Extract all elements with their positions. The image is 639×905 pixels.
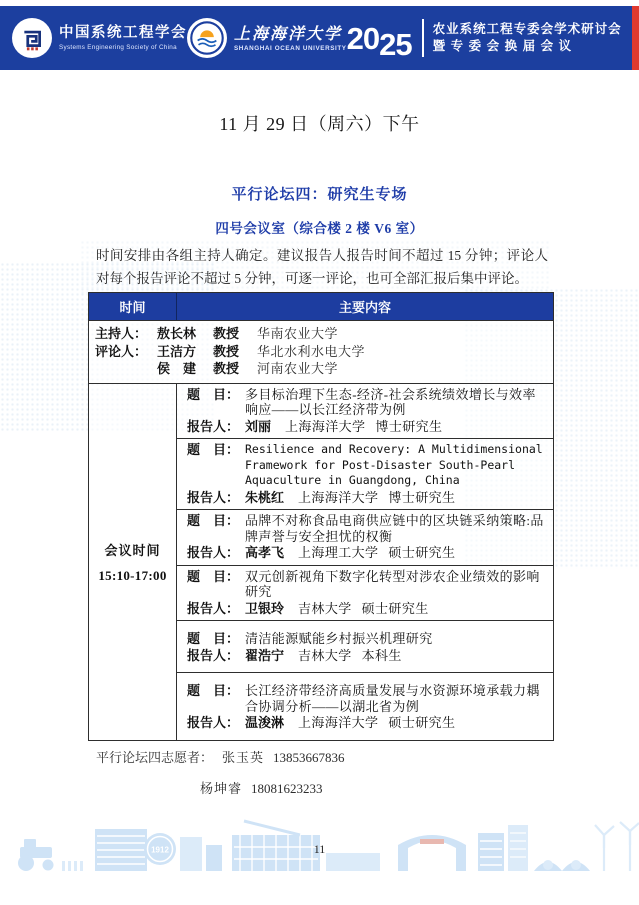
- moderator-affiliation: 华北水利水电大学: [257, 343, 365, 361]
- presenter-name: 高孝飞: [245, 545, 284, 561]
- moderator-affiliation: 河南农业大学: [257, 360, 338, 378]
- presenter-affiliation: 上海理工大学: [298, 545, 378, 561]
- moderator-line: 评论人： 王洁方 教授 华北水利水电大学: [95, 343, 547, 361]
- presenter-row: 报告人： 卫银玲 吉林大学 硕士研究生: [187, 601, 547, 617]
- entry-block: 题 目： 双元创新视角下数字化转型对涉农企业绩效的影响研究 报告人： 卫银玲 吉…: [177, 566, 553, 622]
- org-shou-text: 上海海洋大学 SHANGHAI OCEAN UNIVERSITY: [234, 24, 347, 52]
- topic-text: 长江经济带经济高质量发展与水资源环境承载力耦合协调分析——以湖北省为例: [245, 683, 547, 714]
- header-banner: 中国系统工程学会 Systems Engineering Society of …: [0, 6, 639, 70]
- conference-program-page: 中国系统工程学会 Systems Engineering Society of …: [0, 0, 639, 905]
- moderator-title: 教授: [213, 343, 257, 361]
- presenter-affiliation: 上海海洋大学: [298, 490, 378, 506]
- year-first: 20: [347, 21, 379, 56]
- session-time-label: 会议时间: [104, 540, 160, 559]
- presenter-degree: 硕士研究生: [362, 601, 429, 617]
- room-title: 四号会议室（综合楼 2 楼 V6 室）: [0, 217, 639, 237]
- table-header-row: 时间 主要内容: [89, 293, 553, 321]
- org-sesc-name-zh: 中国系统工程学会: [59, 25, 187, 42]
- moderator-affiliation: 华南农业大学: [257, 325, 338, 343]
- entry-block: 题 目： 多目标治理下生态-经济-社会系统绩效增长与效率响应——以长江经济带为例…: [177, 384, 553, 440]
- presenter-label: 报告人：: [187, 545, 245, 561]
- volunteers-label: 平行论坛四志愿者：: [96, 750, 213, 766]
- presenter-label: 报告人：: [187, 715, 245, 731]
- year-second: 25: [379, 29, 411, 60]
- presenter-degree: 硕士研究生: [388, 545, 455, 561]
- volunteer-phone: 13853667836: [273, 750, 345, 766]
- presenter-row: 报告人： 翟浩宁 吉林大学 本科生: [187, 648, 547, 664]
- fence-icon: [62, 861, 83, 871]
- moderators-row: 主持人： 敖长林 教授 华南农业大学 评论人： 王洁方 教授 华北水利水电大学 …: [89, 321, 553, 384]
- topic-label: 题 目：: [187, 683, 245, 714]
- event-title-group: 2025 农业系统工程专委会学术研讨会 暨专委会换届会议: [347, 19, 622, 57]
- presenter-degree: 博士研究生: [375, 419, 442, 435]
- presenter-affiliation: 上海海洋大学: [298, 715, 378, 731]
- sesc-logo-icon: [12, 18, 52, 58]
- presenter-name: 刘丽: [245, 419, 271, 435]
- topic-text: 双元创新视角下数字化转型对涉农企业绩效的影响研究: [245, 569, 547, 600]
- presenter-degree: 本科生: [362, 648, 402, 664]
- org-sesc-text: 中国系统工程学会 Systems Engineering Society of …: [59, 25, 187, 51]
- presenter-name: 温浚淋: [245, 715, 284, 731]
- year-badge: 2025: [347, 23, 412, 54]
- entry-block: 题 目： 品牌不对称食品电商供应链中的区块链采纳策略:品牌声誉与安全担忧的权衡 …: [177, 510, 553, 566]
- event-title: 农业系统工程专委会学术研讨会 暨专委会换届会议: [433, 21, 622, 55]
- presenter-row: 报告人： 朱桃红 上海海洋大学 博士研究生: [187, 490, 547, 506]
- org-shou-name-zh: 上海海洋大学: [234, 24, 347, 43]
- presenter-row: 报告人： 刘丽 上海海洋大学 博士研究生: [187, 419, 547, 435]
- topic-text: Resilience and Recovery: A Multidimensio…: [245, 442, 547, 489]
- volunteer-line: 杨坤睿 18081623233: [200, 781, 554, 797]
- topic-row: 题 目： 品牌不对称食品电商供应链中的区块链采纳策略:品牌声誉与安全担忧的权衡: [187, 513, 547, 544]
- topic-label: 题 目：: [187, 513, 245, 544]
- entry-block: 题 目： 长江经济带经济高质量发展与水资源环境承载力耦合协调分析——以湖北省为例…: [177, 673, 553, 740]
- presenter-label: 报告人：: [187, 648, 245, 664]
- topic-text: 品牌不对称食品电商供应链中的区块链采纳策略:品牌声誉与安全担忧的权衡: [245, 513, 547, 544]
- forum-title: 平行论坛四：研究生专场: [0, 183, 639, 204]
- org-shou-name-en: SHANGHAI OCEAN UNIVERSITY: [234, 45, 347, 52]
- volunteer-line: 平行论坛四志愿者： 张玉英 13853667836: [96, 750, 554, 766]
- event-divider: [422, 19, 424, 57]
- session-time-cell: 会议时间 15:10-17:00: [89, 384, 177, 740]
- presenter-degree: 硕士研究生: [388, 715, 455, 731]
- date-title: 11 月 29 日（周六）下午: [0, 110, 639, 136]
- entry-block: 题 目： Resilience and Recovery: A Multidim…: [177, 439, 553, 510]
- presenter-affiliation: 吉林大学: [298, 601, 352, 617]
- topic-text: 清洁能源赋能乡村振兴机理研究: [245, 631, 547, 647]
- table-body-row: 会议时间 15:10-17:00 题 目： 多目标治理下生态-经济-社会系统绩效…: [89, 384, 553, 740]
- event-title-line1: 农业系统工程专委会学术研讨会: [433, 21, 622, 38]
- org-shou: 上海海洋大学 SHANGHAI OCEAN UNIVERSITY: [187, 18, 347, 58]
- program-content: 时间 主要内容 主持人： 敖长林 教授 华南农业大学 评论人： 王洁方 教授 华…: [88, 292, 554, 797]
- program-table: 时间 主要内容 主持人： 敖长林 教授 华南农业大学 评论人： 王洁方 教授 华…: [88, 292, 554, 741]
- column-header-content: 主要内容: [177, 293, 553, 320]
- presenter-name: 翟浩宁: [245, 648, 284, 664]
- role-label: [95, 360, 157, 378]
- role-label: 评论人：: [95, 343, 157, 361]
- presenter-row: 报告人： 温浚淋 上海海洋大学 硕士研究生: [187, 715, 547, 731]
- presenter-name: 朱桃红: [245, 490, 284, 506]
- moderator-title: 教授: [213, 360, 257, 378]
- topic-row: 题 目： 清洁能源赋能乡村振兴机理研究: [187, 631, 547, 647]
- topic-label: 题 目：: [187, 569, 245, 600]
- volunteer-phone: 18081623233: [251, 781, 323, 797]
- topic-row: 题 目： 多目标治理下生态-经济-社会系统绩效增长与效率响应——以长江经济带为例: [187, 387, 547, 418]
- red-accent-strip: [632, 6, 639, 70]
- volunteer-name: 张玉英: [222, 750, 264, 766]
- topic-text: 多目标治理下生态-经济-社会系统绩效增长与效率响应——以长江经济带为例: [245, 387, 547, 418]
- topic-row: 题 目： 长江经济带经济高质量发展与水资源环境承载力耦合协调分析——以湖北省为例: [187, 683, 547, 714]
- presenter-label: 报告人：: [187, 419, 245, 435]
- schedule-note: 时间安排由各组主持人确定。建议报告人报告时间不超过 15 分钟；评论人对每个报告…: [96, 244, 548, 290]
- shou-logo-icon: [187, 18, 227, 58]
- presenter-row: 报告人： 高孝飞 上海理工大学 硕士研究生: [187, 545, 547, 561]
- moderator-name: 王洁方: [157, 343, 213, 361]
- volunteer-name: 杨坤睿: [200, 781, 242, 797]
- event-title-line2: 暨专委会换届会议: [433, 38, 622, 55]
- presenter-label: 报告人：: [187, 601, 245, 617]
- org-sesc: 中国系统工程学会 Systems Engineering Society of …: [12, 18, 187, 58]
- session-time-value: 15:10-17:00: [98, 568, 166, 584]
- volunteers-note: 平行论坛四志愿者： 张玉英 13853667836 杨坤睿 1808162323…: [88, 750, 554, 797]
- column-header-time: 时间: [89, 293, 177, 320]
- presenter-affiliation: 吉林大学: [298, 648, 352, 664]
- entries-column: 题 目： 多目标治理下生态-经济-社会系统绩效增长与效率响应——以长江经济带为例…: [177, 384, 553, 740]
- topic-label: 题 目：: [187, 631, 245, 647]
- entry-block: 题 目： 清洁能源赋能乡村振兴机理研究 报告人： 翟浩宁 吉林大学 本科生: [177, 621, 553, 673]
- topic-row: 题 目： 双元创新视角下数字化转型对涉农企业绩效的影响研究: [187, 569, 547, 600]
- presenter-label: 报告人：: [187, 490, 245, 506]
- topic-row: 题 目： Resilience and Recovery: A Multidim…: [187, 442, 547, 489]
- presenter-name: 卫银玲: [245, 601, 284, 617]
- moderator-line: 侯 建 教授 河南农业大学: [95, 360, 547, 378]
- presenter-degree: 博士研究生: [388, 490, 455, 506]
- topic-label: 题 目：: [187, 442, 245, 489]
- moderator-name: 侯 建: [157, 360, 213, 378]
- role-label: 主持人：: [95, 325, 157, 343]
- org-sesc-name-en: Systems Engineering Society of China: [59, 44, 187, 51]
- topic-label: 题 目：: [187, 387, 245, 418]
- moderator-line: 主持人： 敖长林 教授 华南农业大学: [95, 325, 547, 343]
- bridge-icon: [534, 860, 590, 871]
- moderator-title: 教授: [213, 325, 257, 343]
- presenter-affiliation: 上海海洋大学: [285, 419, 365, 435]
- moderator-name: 敖长林: [157, 325, 213, 343]
- page-number: 11: [0, 842, 639, 857]
